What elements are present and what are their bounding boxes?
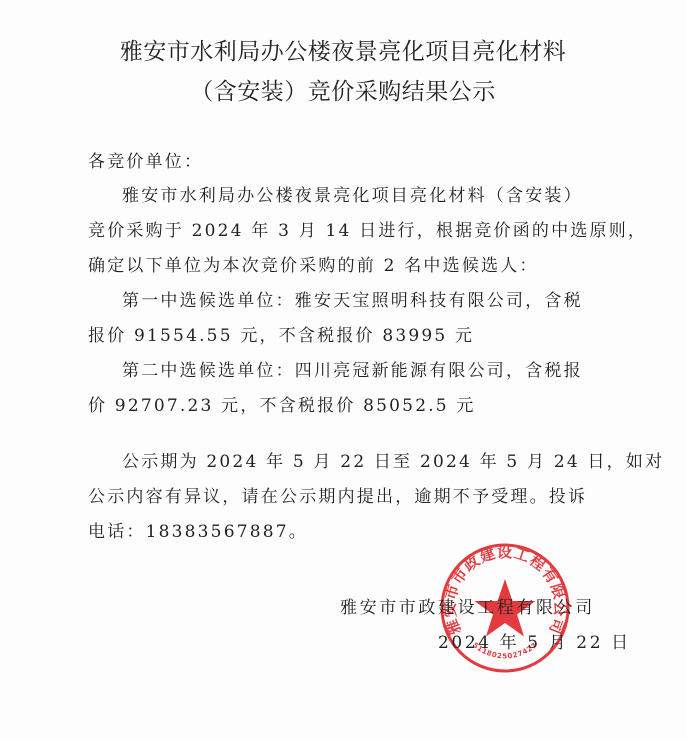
document-title-line-2: （含安装）竞价采购结果公示 [0,73,686,106]
document-page: 雅安市水利局办公楼夜景亮化项目亮化材料 （含安装）竞价采购结果公示 各竞价单位：… [0,0,686,739]
salutation: 各竞价单位： [88,147,203,172]
intro-line-1: 雅安市水利局办公楼夜景亮化项目亮化材料（含安装） [122,181,583,206]
first-candidate-line-1: 第一中选候选单位：雅安天宝照明科技有限公司，含税 [122,286,583,311]
intro-line-3: 确定以下单位为本次竞价采购的前 2 名中选候选人： [88,251,539,276]
signature-organization: 雅安市市政建设工程有限公司 [340,593,595,618]
notice-period-line-1: 公示期为 2024 年 5 月 22 日至 2024 年 5 月 24 日，如对 [122,447,664,472]
second-candidate-line-1: 第二中选候选单位：四川亮冠新能源有限公司，含税报 [122,356,583,381]
complaint-phone-line: 电话：18383567887。 [88,517,308,542]
second-candidate-line-2: 价 92707.23 元，不含税报价 85052.5 元 [88,391,476,416]
intro-line-2: 竞价采购于 2024 年 3 月 14 日进行，根据竞价函的中选原则， [88,216,647,241]
first-candidate-line-2: 报价 91554.55 元，不含税报价 83995 元 [88,321,474,346]
notice-period-line-2: 公示内容有异议，请在公示期内提出，逾期不予受理。投诉 [88,482,587,507]
signature-date: 2024 年 5 月 22 日 [438,628,631,653]
document-title-line-1: 雅安市水利局办公楼夜景亮化项目亮化材料 [0,33,686,66]
